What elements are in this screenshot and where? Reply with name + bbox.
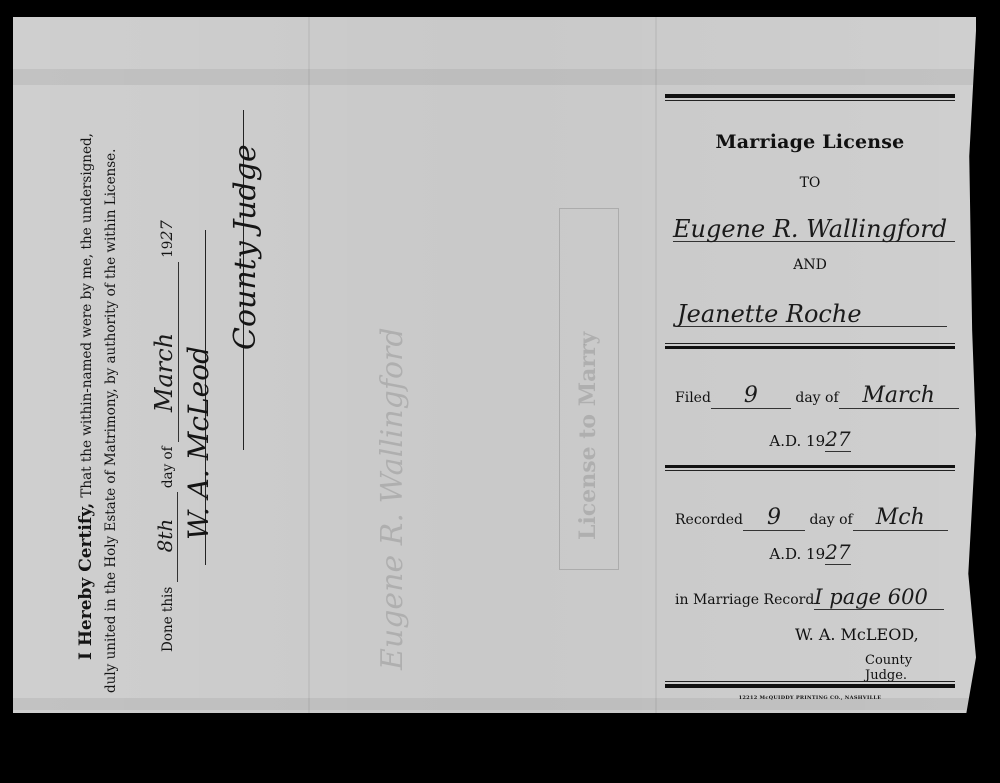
top-double-rule xyxy=(665,94,955,101)
filed-day-of-label: day of xyxy=(795,390,838,406)
fold-crease-right xyxy=(655,17,657,713)
judge-name: W. A. McLEOD, xyxy=(795,625,919,644)
record-book-row: in Marriage RecordI page 600 xyxy=(675,585,955,610)
ghost-handwriting: Eugene R. Wallingford xyxy=(375,327,410,670)
done-year-suffix: 27 xyxy=(157,220,176,240)
recorded-month: Mch xyxy=(876,505,925,530)
filed-day: 9 xyxy=(744,383,758,408)
recorded-year-suffix: 27 xyxy=(825,540,850,565)
record-book-field: I page 600 xyxy=(814,585,944,610)
license-panel: Marriage License TO Eugene R. Wallingfor… xyxy=(665,75,955,695)
done-this-line: Done this 8th day of March 1927 xyxy=(150,220,179,652)
certificate-heading: I Hereby Certify, xyxy=(76,503,96,660)
done-day-field: 8th xyxy=(153,492,178,582)
filed-month: March xyxy=(862,383,935,408)
filed-year: A.D. 1927 xyxy=(665,427,955,452)
recorded-day-of-label: day of xyxy=(809,512,852,528)
groom-name: Eugene R. Wallingford xyxy=(673,215,947,243)
recorded-label: Recorded xyxy=(675,512,743,528)
recorded-day-field: 9 xyxy=(743,505,805,531)
bride-double-rule xyxy=(665,343,955,349)
record-book-label: in Marriage Record xyxy=(675,592,814,608)
license-title: Marriage License xyxy=(665,131,955,153)
filed-label: Filed xyxy=(675,390,711,406)
filed-row: Filed9 day ofMarch xyxy=(675,383,955,409)
done-day-value: 8th xyxy=(153,519,177,553)
done-this-label: Done this xyxy=(160,587,176,652)
printer-imprint: 12212 McQUIDDY PRINTING CO., NASHVILLE xyxy=(665,695,955,701)
filed-day-field: 9 xyxy=(711,383,791,409)
to-label: TO xyxy=(665,175,955,191)
recorded-day: 9 xyxy=(767,505,781,530)
bride-name-field: Jeanette Roche xyxy=(677,300,947,327)
signature: W. A. McLeod xyxy=(182,346,215,540)
done-month-value: March xyxy=(150,333,178,412)
bride-name: Jeanette Roche xyxy=(677,300,862,328)
filed-year-suffix: 27 xyxy=(825,427,850,452)
done-day-of-label: day of xyxy=(160,446,176,488)
filed-double-rule xyxy=(665,465,955,471)
and-label: AND xyxy=(665,257,955,273)
recorded-row: Recorded9 day ofMch xyxy=(675,505,955,531)
recorded-year: A.D. 1927 xyxy=(665,540,955,565)
record-book-value: I page 600 xyxy=(814,585,928,609)
fold-crease-left xyxy=(308,17,310,713)
certificate-line1-text: That the within-named were by me, the un… xyxy=(79,133,95,498)
signature-title: County Judge xyxy=(228,144,263,350)
certificate-line2: duly united in the Holy Estate of Matrim… xyxy=(103,149,119,693)
groom-name-field: Eugene R. Wallingford xyxy=(673,215,955,242)
done-year-prefix: 19 xyxy=(160,241,176,258)
recorded-ad-label: A.D. 19 xyxy=(769,545,825,563)
recorded-month-field: Mch xyxy=(853,505,948,531)
filed-ad-label: A.D. 19 xyxy=(769,432,825,450)
bottom-double-rule xyxy=(665,681,955,688)
certificate-line1: I Hereby Certify, That the within-named … xyxy=(76,133,96,660)
judge-title: County Judge. xyxy=(865,653,955,683)
filed-month-field: March xyxy=(839,383,959,409)
done-month-field: March xyxy=(150,262,179,442)
ghost-boxed-text: License to Marry xyxy=(575,332,601,540)
